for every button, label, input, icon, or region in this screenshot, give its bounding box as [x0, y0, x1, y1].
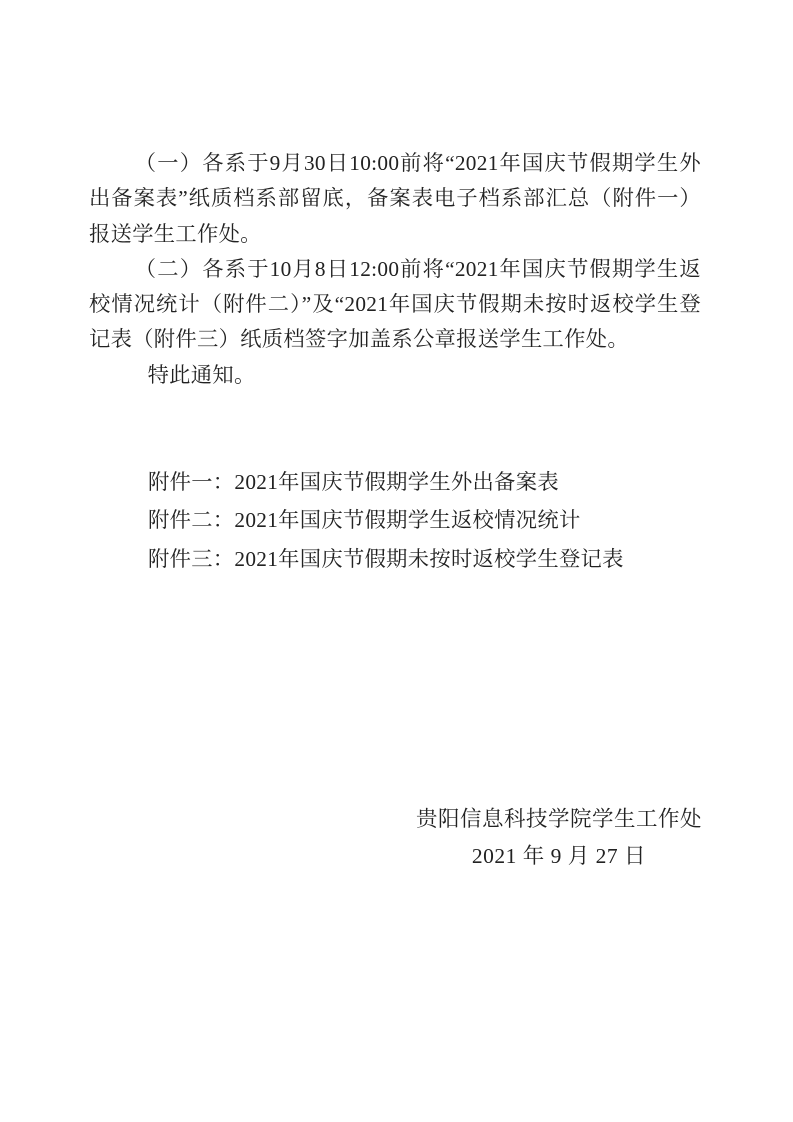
paragraph-item-1: （一）各系于9月30日10:00前将“2021年国庆节假期学生外出备案表”纸质档… [89, 146, 701, 252]
signature-date: 2021 年 9 月 27 日 [416, 838, 702, 875]
attachment-item-1: 附件一：2021年国庆节假期学生外出备案表 [148, 463, 624, 501]
notice-body: （一）各系于9月30日10:00前将“2021年国庆节假期学生外出备案表”纸质档… [89, 146, 701, 393]
signature-block: 贵阳信息科技学院学生工作处 2021 年 9 月 27 日 [416, 801, 702, 875]
attachment-list: 附件一：2021年国庆节假期学生外出备案表 附件二：2021年国庆节假期学生返校… [148, 463, 624, 578]
attachment-item-2: 附件二：2021年国庆节假期学生返校情况统计 [148, 501, 624, 539]
closing-line: 特此通知。 [89, 358, 701, 393]
document-page: （一）各系于9月30日10:00前将“2021年国庆节假期学生外出备案表”纸质档… [0, 0, 793, 1122]
paragraph-item-2: （二）各系于10月8日12:00前将“2021年国庆节假期学生返校情况统计（附件… [89, 252, 701, 358]
attachment-item-3: 附件三：2021年国庆节假期未按时返校学生登记表 [148, 540, 624, 578]
signature-unit: 贵阳信息科技学院学生工作处 [416, 801, 702, 838]
